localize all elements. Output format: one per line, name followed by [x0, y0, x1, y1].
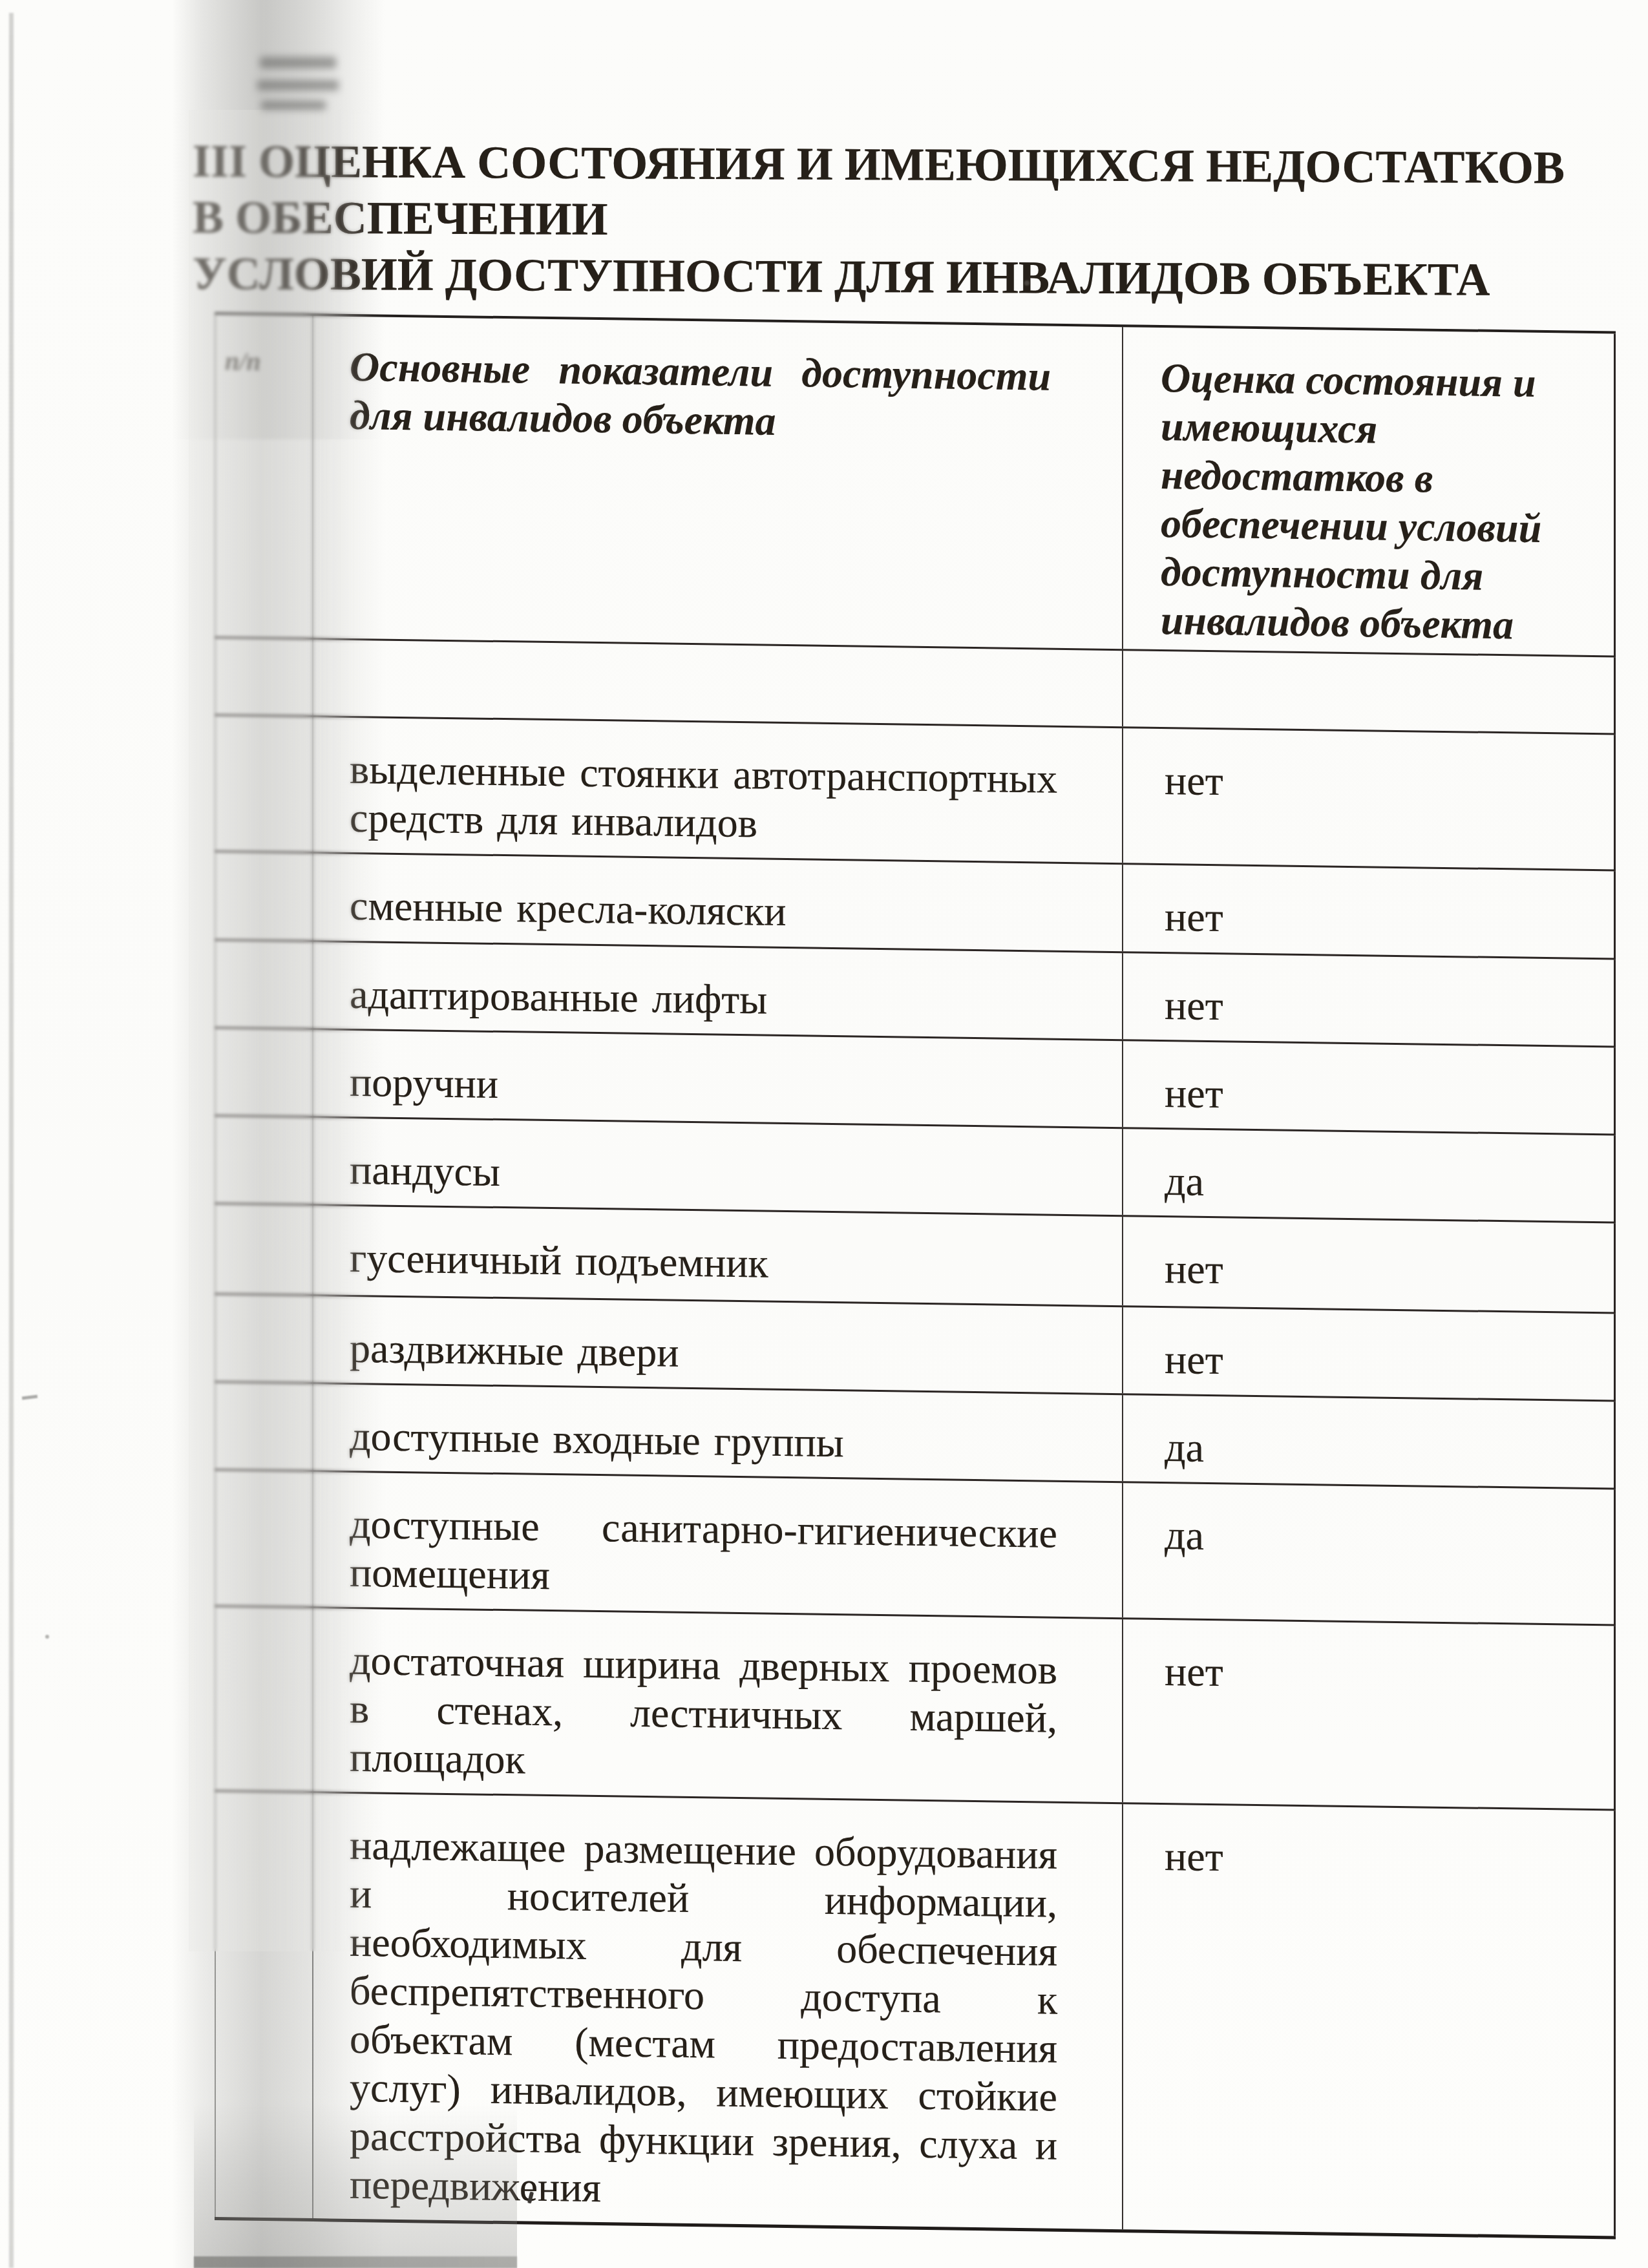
row-indicator-cell: пандусы: [313, 1117, 1123, 1216]
ghost-text-smudge: [261, 101, 326, 110]
row-assessment-cell: нет: [1123, 952, 1614, 1047]
page-curl-blur-overlay: [189, 110, 373, 1951]
scanner-edge-line: [9, 13, 14, 2268]
table-row: выделенные стоянки автотранспортных сред…: [215, 715, 1614, 870]
row-indicator-cell: доступные входные группы: [313, 1383, 1123, 1482]
stray-dot-artifact: [1024, 280, 1030, 286]
row-assessment-cell: [1123, 650, 1614, 734]
bottom-scan-band: [194, 2103, 517, 2268]
row-indicator-cell: выделенные стоянки автотранспортных сред…: [313, 717, 1123, 864]
row-assessment-cell: да: [1123, 1394, 1614, 1489]
ghost-text-smudge: [260, 57, 336, 68]
row-indicator-cell: [313, 639, 1123, 728]
table-row: достаточная ширина дверных проемов в сте…: [215, 1606, 1614, 1810]
row-assessment-cell: нет: [1123, 728, 1614, 870]
row-assessment-cell: нет: [1123, 864, 1614, 959]
header-indicator-cell: Основные показатели доступности для инва…: [313, 315, 1123, 650]
row-indicator-cell: доступные санитарно-гигиенические помеще…: [313, 1471, 1123, 1619]
row-assessment-cell: нет: [1123, 1619, 1614, 1810]
scanned-page: III ОЦЕНКА СОСТОЯНИЯ И ИМЕЮЩИХСЯ НЕДОСТА…: [0, 0, 1648, 2268]
row-assessment-cell: нет: [1123, 1040, 1614, 1135]
header-assessment-cell: Оценка состояния и имеющихся недостатков…: [1123, 326, 1614, 656]
table-header-row: п/п Основные показатели доступности для …: [215, 313, 1614, 656]
row-indicator-cell: адаптированные лифты: [313, 941, 1123, 1040]
row-assessment-cell: да: [1123, 1482, 1614, 1625]
row-indicator-cell: достаточная ширина дверных проемов в сте…: [313, 1608, 1123, 1803]
table-row: доступные санитарно-гигиенические помеще…: [215, 1470, 1614, 1625]
row-assessment-cell: нет: [1123, 1803, 1614, 2238]
row-assessment-cell: нет: [1123, 1216, 1614, 1313]
row-indicator-cell: раздвижные двери: [313, 1296, 1123, 1394]
ghost-text-smudge: [257, 80, 339, 90]
row-indicator-cell: сменные кресла-коляски: [313, 853, 1123, 952]
row-assessment-cell: да: [1123, 1128, 1614, 1223]
accessibility-assessment-table-wrap: п/п Основные показатели доступности для …: [215, 312, 1614, 2239]
row-assessment-cell: нет: [1123, 1307, 1614, 1401]
bottom-scan-strip: [194, 2256, 517, 2268]
stray-speck-artifact: [45, 1635, 49, 1639]
accessibility-assessment-table: п/п Основные показатели доступности для …: [215, 312, 1616, 2240]
stray-dash-artifact: [22, 1395, 37, 1400]
row-indicator-cell: гусеничный подъемник: [313, 1205, 1123, 1307]
row-indicator-cell: поручни: [313, 1029, 1123, 1128]
